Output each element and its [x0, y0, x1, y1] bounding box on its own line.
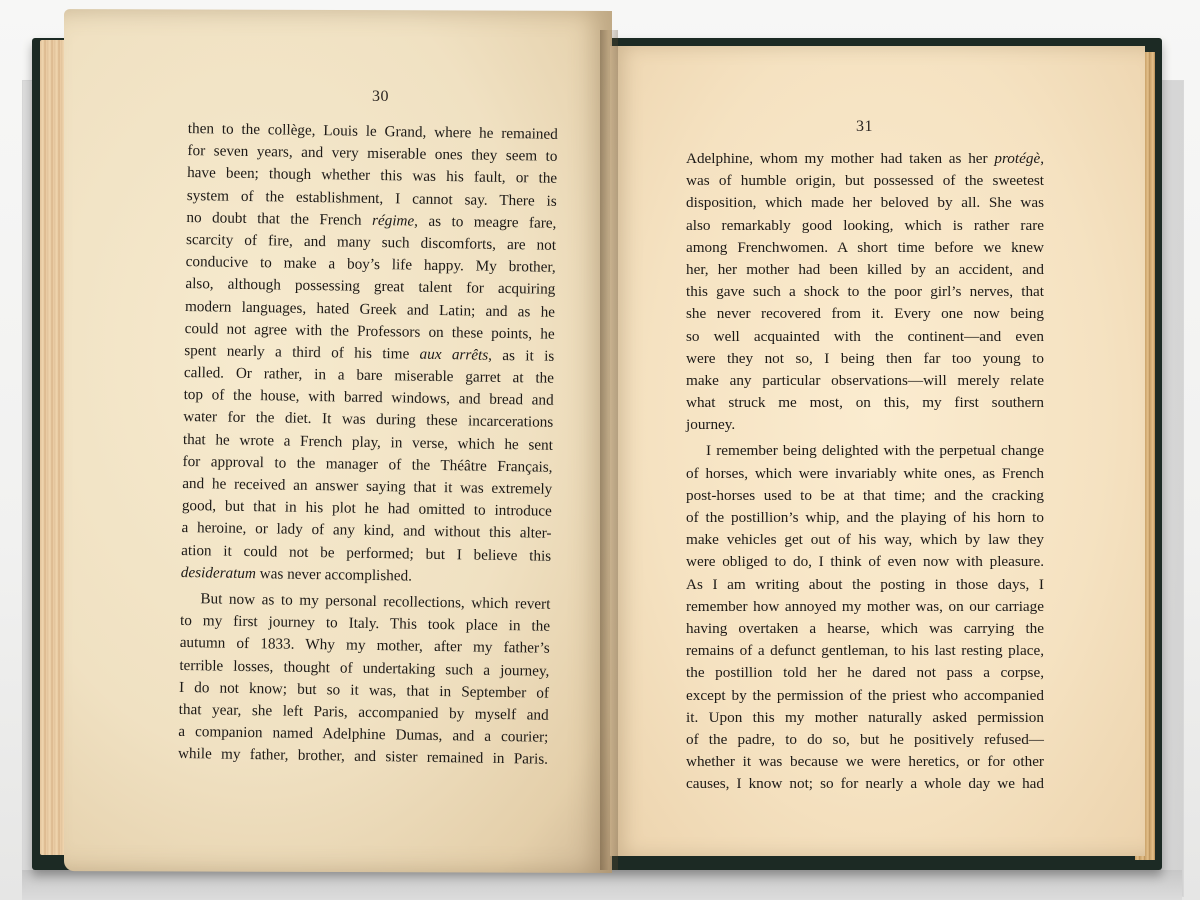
text-line: was of humble origin, but possessed of t… — [686, 170, 1044, 192]
text-line: of the postillion’s whip, and the playin… — [686, 507, 1044, 529]
text-line: disposition, which made her beloved by a… — [686, 192, 1044, 214]
text-line: causes, I know not; so for nearly a whol… — [686, 773, 1044, 795]
text-line: among Frenchwomen. A short time before w… — [686, 237, 1044, 259]
text-line: also remarkably good looking, which is r… — [686, 215, 1044, 237]
left-page-number: 30 — [372, 88, 389, 106]
book-gutter — [600, 30, 618, 870]
text-line: of the padre, to do so, but he positivel… — [686, 729, 1044, 751]
text-line: journey. — [686, 414, 1044, 436]
text-line: so well acquainted with the continent—an… — [686, 326, 1044, 348]
text-line: having overtaken a hearse, which was car… — [686, 618, 1044, 640]
left-paragraph-2: But now as to my personal recollections,… — [178, 588, 551, 771]
text-line: whether it was because we were heretics,… — [686, 751, 1044, 773]
text-line: what struck me most, on this, my first s… — [686, 392, 1044, 414]
text-line: I remember being delighted with the perp… — [686, 440, 1044, 462]
text-line: except by the permission of the priest w… — [686, 685, 1044, 707]
text-line: she never recovered from it. Every one n… — [686, 303, 1044, 325]
left-page-text: then to the collège, Louis le Grand, whe… — [178, 118, 558, 771]
text-line: make any particular observations—will me… — [686, 370, 1044, 392]
text-line: her, her mother had been killed by an ac… — [686, 259, 1044, 281]
right-page-number: 31 — [856, 118, 873, 136]
sleeve-bottom-edge — [22, 870, 1182, 900]
text-line: post-horses used to be at that time; and… — [686, 485, 1044, 507]
text-line: remains of a defunct gentleman, to his l… — [686, 640, 1044, 662]
text-line: the postillion told her he dared not pas… — [686, 662, 1044, 684]
text-line: it. Upon this my mother naturally asked … — [686, 707, 1044, 729]
left-paragraph-1: then to the collège, Louis le Grand, whe… — [181, 118, 558, 590]
right-paragraph-1: Adelphine, whom my mother had taken as h… — [686, 148, 1044, 436]
right-paragraph-2: I remember being delighted with the perp… — [686, 440, 1044, 795]
text-line: were they not so, I being then far too y… — [686, 348, 1044, 370]
text-line: were obliged to do, I think of even now … — [686, 551, 1044, 573]
text-line: of horses, which were invariably white o… — [686, 463, 1044, 485]
text-line: this gave such a shock to the poor girl’… — [686, 281, 1044, 303]
text-line: Adelphine, whom my mother had taken as h… — [686, 148, 1044, 170]
text-line: As I am writing about the posting in tho… — [686, 574, 1044, 596]
right-page-text: Adelphine, whom my mother had taken as h… — [686, 148, 1044, 795]
text-line: make vehicles get out of his way, which … — [686, 529, 1044, 551]
text-line: remember how annoyed my mother was, on o… — [686, 596, 1044, 618]
